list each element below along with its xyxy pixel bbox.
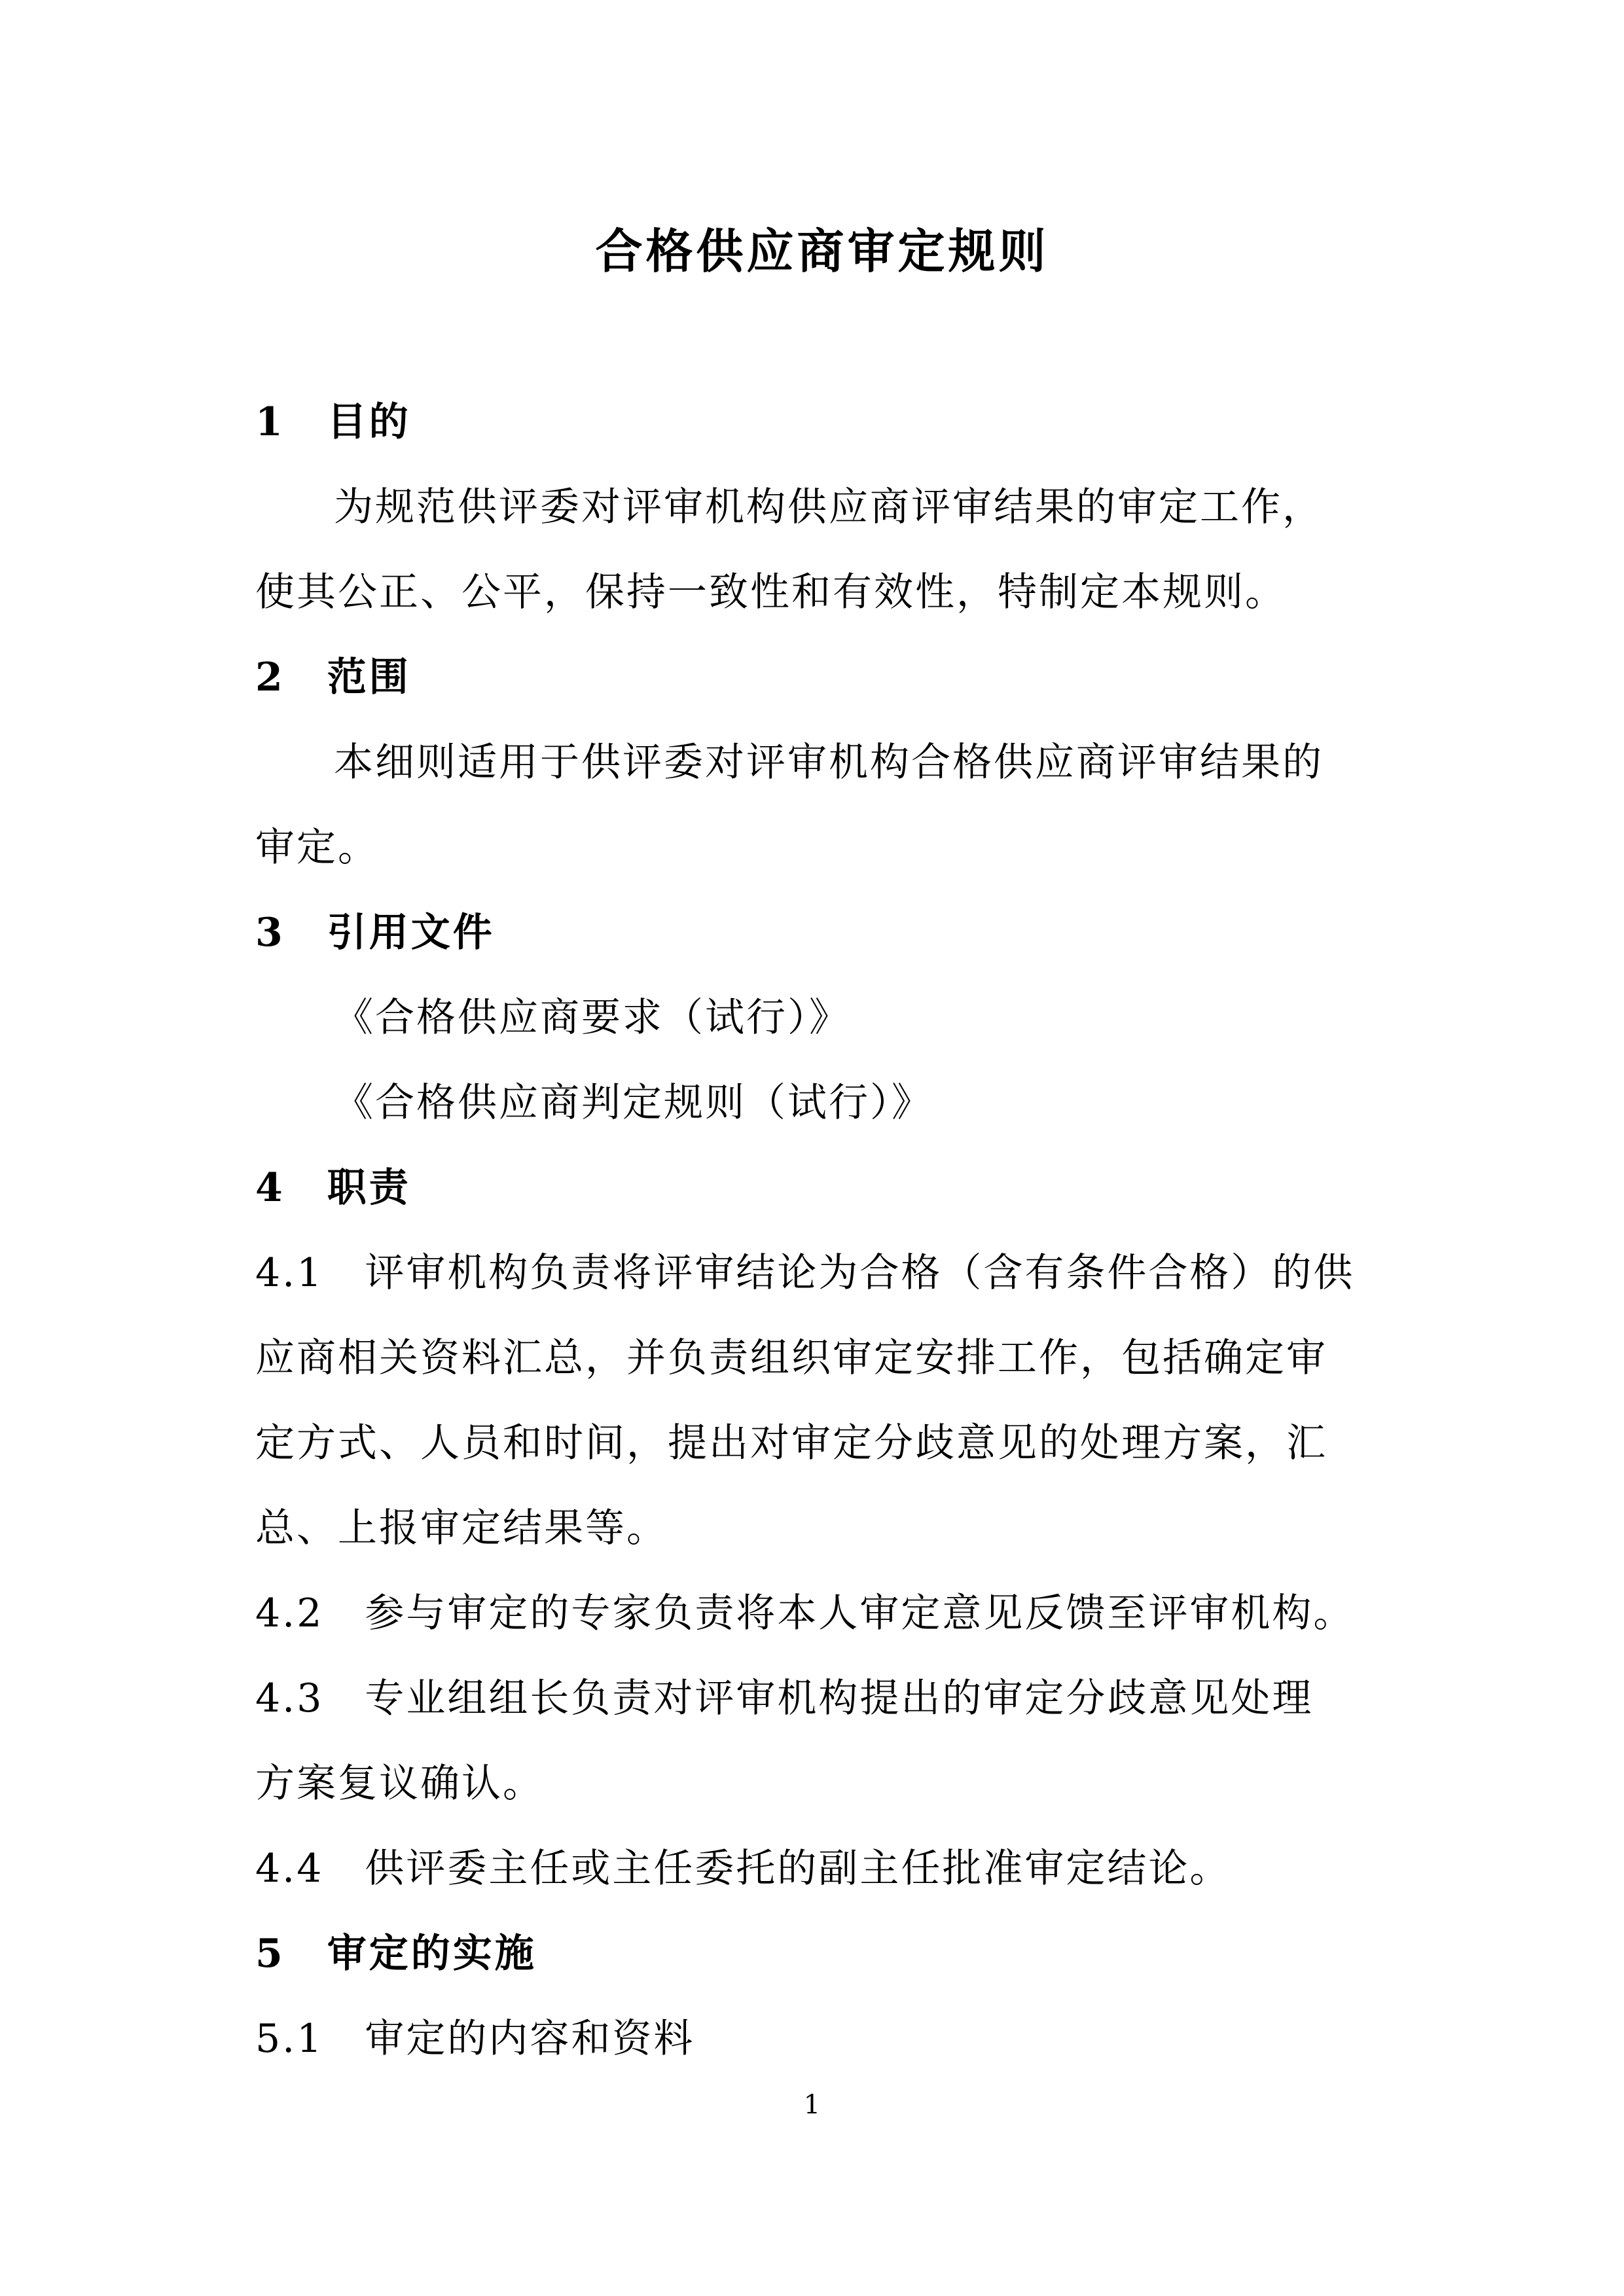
page-number: 1 <box>0 2089 1624 2121</box>
section-4-body-line: 方案复议确认。 <box>255 1741 1389 1826</box>
section-4-body-line: 4.2 参与审定的专家负责将本人审定意见反馈至评审机构。 <box>255 1571 1389 1656</box>
section-4-body-line: 应商相关资料汇总，并负责组织审定安排工作，包括确定审 <box>255 1316 1389 1401</box>
section-5-heading: 5 审定的实施 <box>255 1911 1389 1996</box>
section-3-heading: 3 引用文件 <box>255 890 1389 975</box>
section-1-body-line: 为规范供评委对评审机构供应商评审结果的审定工作， <box>255 465 1389 550</box>
section-1-heading: 1 目的 <box>255 380 1389 465</box>
section-3-reference-line: 《合格供应商判定规则（试行）》 <box>255 1060 1389 1145</box>
section-3-reference-line: 《合格供应商要求（试行）》 <box>255 975 1389 1060</box>
section-2-body-line: 审定。 <box>255 805 1389 890</box>
section-1-body-line: 使其公正、公平，保持一致性和有效性，特制定本规则。 <box>255 550 1389 635</box>
document-title: 合格供应商审定规则 <box>255 208 1389 295</box>
section-4-body-line: 4.4 供评委主任或主任委托的副主任批准审定结论。 <box>255 1826 1389 1911</box>
section-4-body-line: 4.1 评审机构负责将评审结论为合格（含有条件合格）的供 <box>255 1230 1389 1316</box>
section-4-body-line: 总、上报审定结果等。 <box>255 1486 1389 1571</box>
section-5-body-line: 5.1 审定的内容和资料 <box>255 1996 1389 2081</box>
section-4-heading: 4 职责 <box>255 1145 1389 1230</box>
section-4-body-line: 4.3 专业组组长负责对评审机构提出的审定分歧意见处理 <box>255 1656 1389 1741</box>
section-2-heading: 2 范围 <box>255 635 1389 720</box>
section-4-body-line: 定方式、人员和时间，提出对审定分歧意见的处理方案，汇 <box>255 1401 1389 1486</box>
document-content: 合格供应商审定规则 1 目的 为规范供评委对评审机构供应商评审结果的审定工作， … <box>255 208 1389 2081</box>
section-2-body-line: 本细则适用于供评委对评审机构合格供应商评审结果的 <box>255 720 1389 805</box>
document-page: 合格供应商审定规则 1 目的 为规范供评委对评审机构供应商评审结果的审定工作， … <box>0 0 1624 2296</box>
